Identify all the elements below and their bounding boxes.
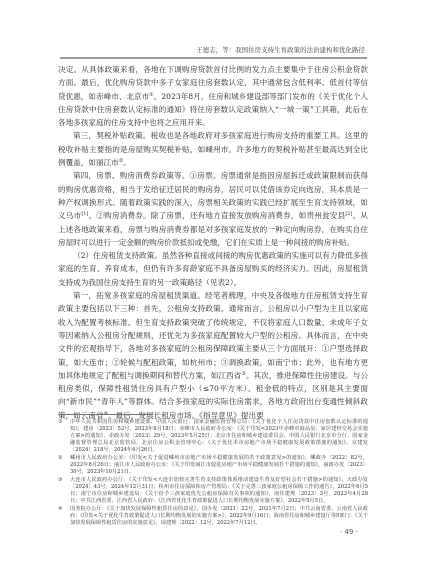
footnote-text: 嵊州市人民政府办公室：《印发<关于促进嵊州市房地产市场平稳健康发展的若干政策意见… bbox=[70, 455, 368, 476]
footnote-mark: ③ bbox=[58, 477, 70, 505]
footnote-mark: ④ bbox=[58, 506, 70, 527]
paragraph-5: 第一，拓宽多孩家庭的房屋租赁渠道。经笔者梳理，中央及各级地方住房租赁支持生育政策… bbox=[58, 289, 368, 422]
footnote-3: ③ 大连市人民政府办公厅：《关于印发<大连市加快完善生育支持政策体系推动建设生育… bbox=[58, 477, 368, 505]
page-number: · 49 · bbox=[340, 528, 358, 536]
footnote-text: 大连市人民政府办公厅：《关于印发<大连市加快完善生育支持政策体系推动建设生育友好… bbox=[70, 477, 368, 505]
footnote-divider bbox=[58, 414, 153, 415]
paragraph-text: 第三，契税补贴政策。税收也是各地政府对多孩家庭进行购房支持的重要工具。这里的税收… bbox=[58, 131, 368, 167]
paragraph-text: 。 bbox=[123, 158, 131, 167]
footnotes: ① 中华人民共和国住房和城乡建设部、中国人民银行、国家金融监督管理总局：《关于优… bbox=[58, 419, 368, 527]
header-rule bbox=[60, 57, 367, 59]
footnote-text: 中华人民共和国住房和城乡建设部、中国人民银行、国家金融监督管理总局：《关于优化个… bbox=[70, 419, 368, 454]
footnote-mark: ② bbox=[58, 455, 70, 476]
paragraph-text: 。②购房消费券。除了房票，还有地方直接发放购房消费券，如贵州瓮安县 bbox=[88, 211, 345, 220]
footnote-mark: ① bbox=[58, 419, 70, 454]
footnote-1: ① 中华人民共和国住房和城乡建设部、中国人民银行、国家金融监督管理总局：《关于优… bbox=[58, 419, 368, 454]
paragraph-1: 决定。从具体政策来看，各地在下调购房贷款首付比例的发力点主要集中于住房公积金贷款… bbox=[58, 63, 368, 129]
footnote-4: ④ 国务院办公厅：《关于加快发展保障性租赁住房的意见》，国办发〔2021〕22号… bbox=[58, 506, 368, 527]
paragraph-2: 第三，契税补贴政策。税收也是各地政府对多孩家庭进行购房支持的重要工具。这里的税收… bbox=[58, 129, 368, 169]
body-text: 决定。从具体政策来看，各地在下调购房贷款首付比例的发力点主要集中于住房公积金贷款… bbox=[58, 63, 368, 422]
paragraph-text: 第一，拓宽多孩家庭的房屋租赁渠道。经笔者梳理，中央及各级地方住房租赁支持生育政策… bbox=[58, 291, 368, 380]
paragraph-text: （2）住房租赁支持政策。虽然各种直接或间接的购房优惠政策的实施可以有力降低多孩家… bbox=[58, 251, 368, 287]
paragraph-4: （2）住房租赁支持政策。虽然各种直接或间接的购房优惠政策的实施可以有力降低多孩家… bbox=[58, 249, 368, 289]
running-head: 王德志，等：我国住房支持生育政策的法治建构和优化路径 bbox=[196, 45, 365, 54]
paragraph-3: 第四，房票、购房消费券政策等。①房票。房票通常是指因房屋拆迁或政策限制而获得的购… bbox=[58, 169, 368, 249]
footnote-text: 国务院办公厅：《关于加快发展保障性租赁住房的意见》，国办发〔2021〕22号，2… bbox=[70, 506, 368, 527]
footnote-2: ② 嵊州市人民政府办公室：《印发<关于促进嵊州市房地产市场平稳健康发展的若干政策… bbox=[58, 455, 368, 476]
